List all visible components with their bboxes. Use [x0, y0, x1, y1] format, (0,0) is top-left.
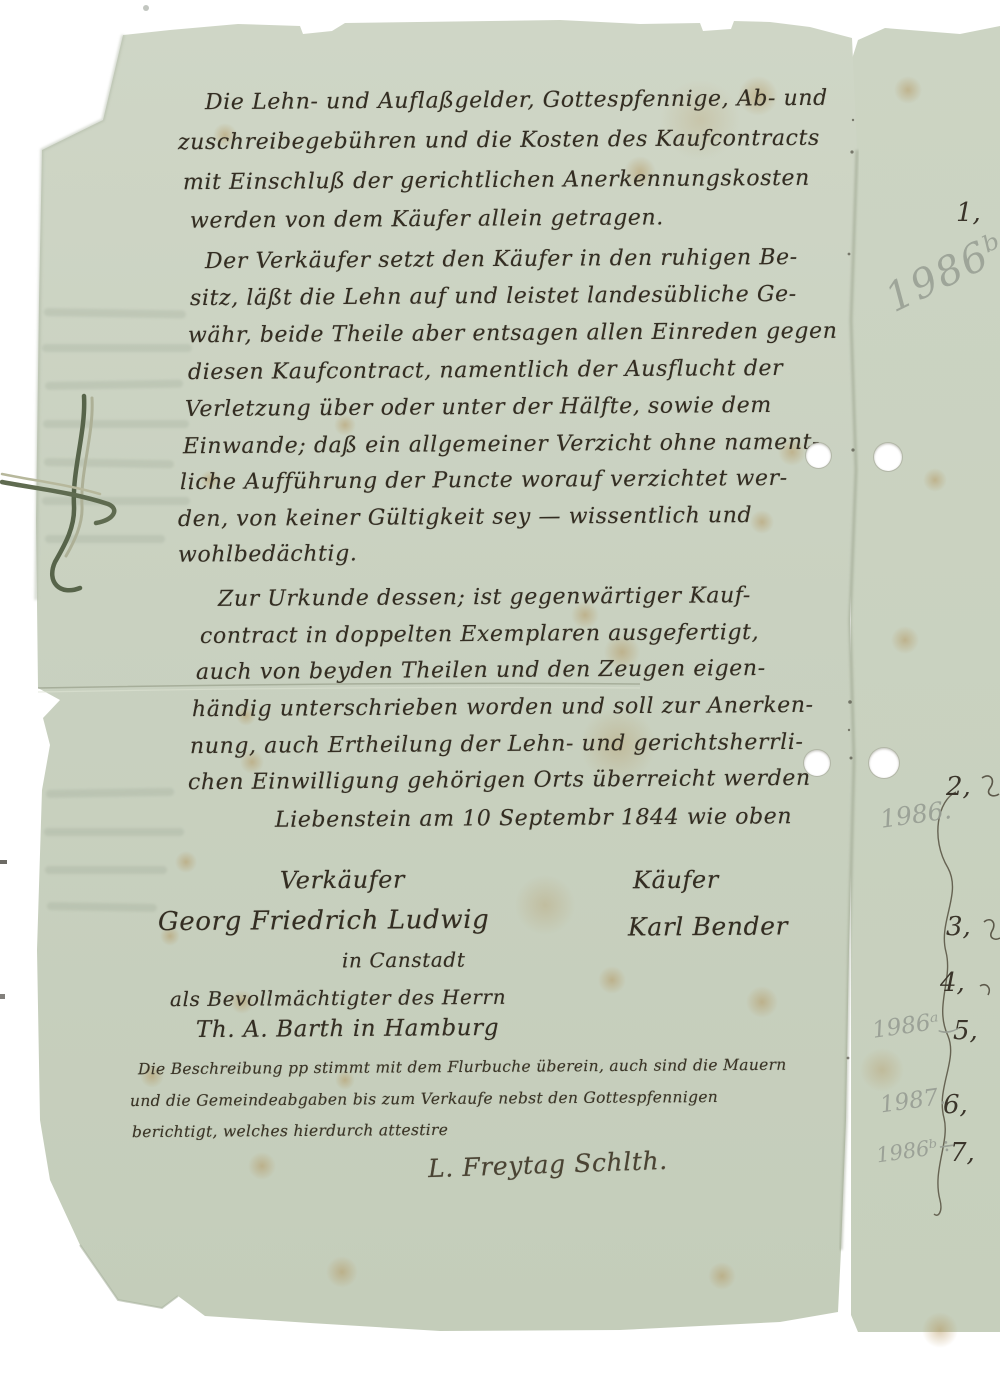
punch-hole	[804, 750, 830, 776]
seller-heading: Verkäufer	[280, 866, 405, 895]
manuscript-line: Die Lehn- und Auflaßgelder, Gottespfenni…	[205, 86, 828, 115]
manuscript-line: den, von keiner Gültigkeit sey — wissent…	[178, 503, 752, 532]
margin-item-number: 3,	[946, 912, 971, 942]
manuscript-line: Verletzung über oder unter der Hälfte, s…	[185, 393, 772, 422]
seller-signature: Georg Friedrich Ludwig	[158, 905, 490, 937]
left-margin-mark	[0, 994, 5, 999]
punch-hole	[874, 443, 902, 471]
margin-item-number: 1,	[956, 198, 981, 228]
manuscript-line: diesen Kaufcontract, namentlich der Ausf…	[188, 356, 783, 385]
manuscript-line: mit Einschluß der gerichtlichen Anerkenn…	[183, 166, 810, 195]
manuscript-line: auch von beyden Theilen und den Zeugen e…	[196, 656, 766, 685]
manuscript-line: Einwande; daß ein allgemeiner Verzicht o…	[183, 430, 820, 459]
margin-item-number: 2,	[946, 772, 971, 802]
punch-hole	[869, 748, 899, 778]
buyer-heading: Käufer	[633, 866, 719, 895]
attestation-line: berichtigt, welches hierdurch attestire	[132, 1121, 448, 1141]
buyer-signature: Karl Bender	[628, 911, 788, 941]
manuscript-line: chen Einwilligung gehörigen Orts überrei…	[188, 766, 811, 795]
manuscript-line: contract in doppelten Exemplaren ausgefe…	[200, 620, 759, 649]
date-line: Liebenstein am 10 Septembr 1844 wie oben	[275, 804, 792, 833]
manuscript-line: Der Verkäufer setzt den Käufer in den ru…	[205, 245, 798, 274]
agent-line: als Bevollmächtigter des Herrn	[170, 985, 506, 1011]
margin-item-number: 4,	[940, 968, 965, 998]
manuscript-line: nung, auch Ertheilung der Lehn- und geri…	[190, 730, 804, 759]
manuscript-line: Zur Urkunde dessen; ist gegenwärtiger Ka…	[218, 583, 751, 612]
manuscript-line: händig unterschrieben worden und soll zu…	[192, 693, 814, 722]
manuscript-line: sitz, läßt die Lehn auf und leistet land…	[190, 282, 797, 311]
manuscript-line: liche Aufführung der Puncte worauf verzi…	[180, 466, 788, 495]
agent-principal: Th. A. Barth in Hamburg	[196, 1015, 499, 1043]
scanned-document: Die Lehn- und Auflaßgelder, Gottespfenni…	[0, 0, 1000, 1400]
manuscript-line: zuschreibegebühren und die Kosten des Ka…	[178, 126, 820, 155]
left-margin-mark	[0, 860, 7, 864]
manuscript-line: wohlbedächtig.	[178, 541, 358, 567]
manuscript-line: währ, beide Theile aber entsagen allen E…	[188, 319, 838, 349]
top-smudge	[143, 5, 149, 11]
seller-place: in Canstadt	[342, 948, 466, 973]
punch-hole	[806, 443, 831, 468]
manuscript-line: werden von dem Käufer allein getragen.	[190, 205, 664, 233]
